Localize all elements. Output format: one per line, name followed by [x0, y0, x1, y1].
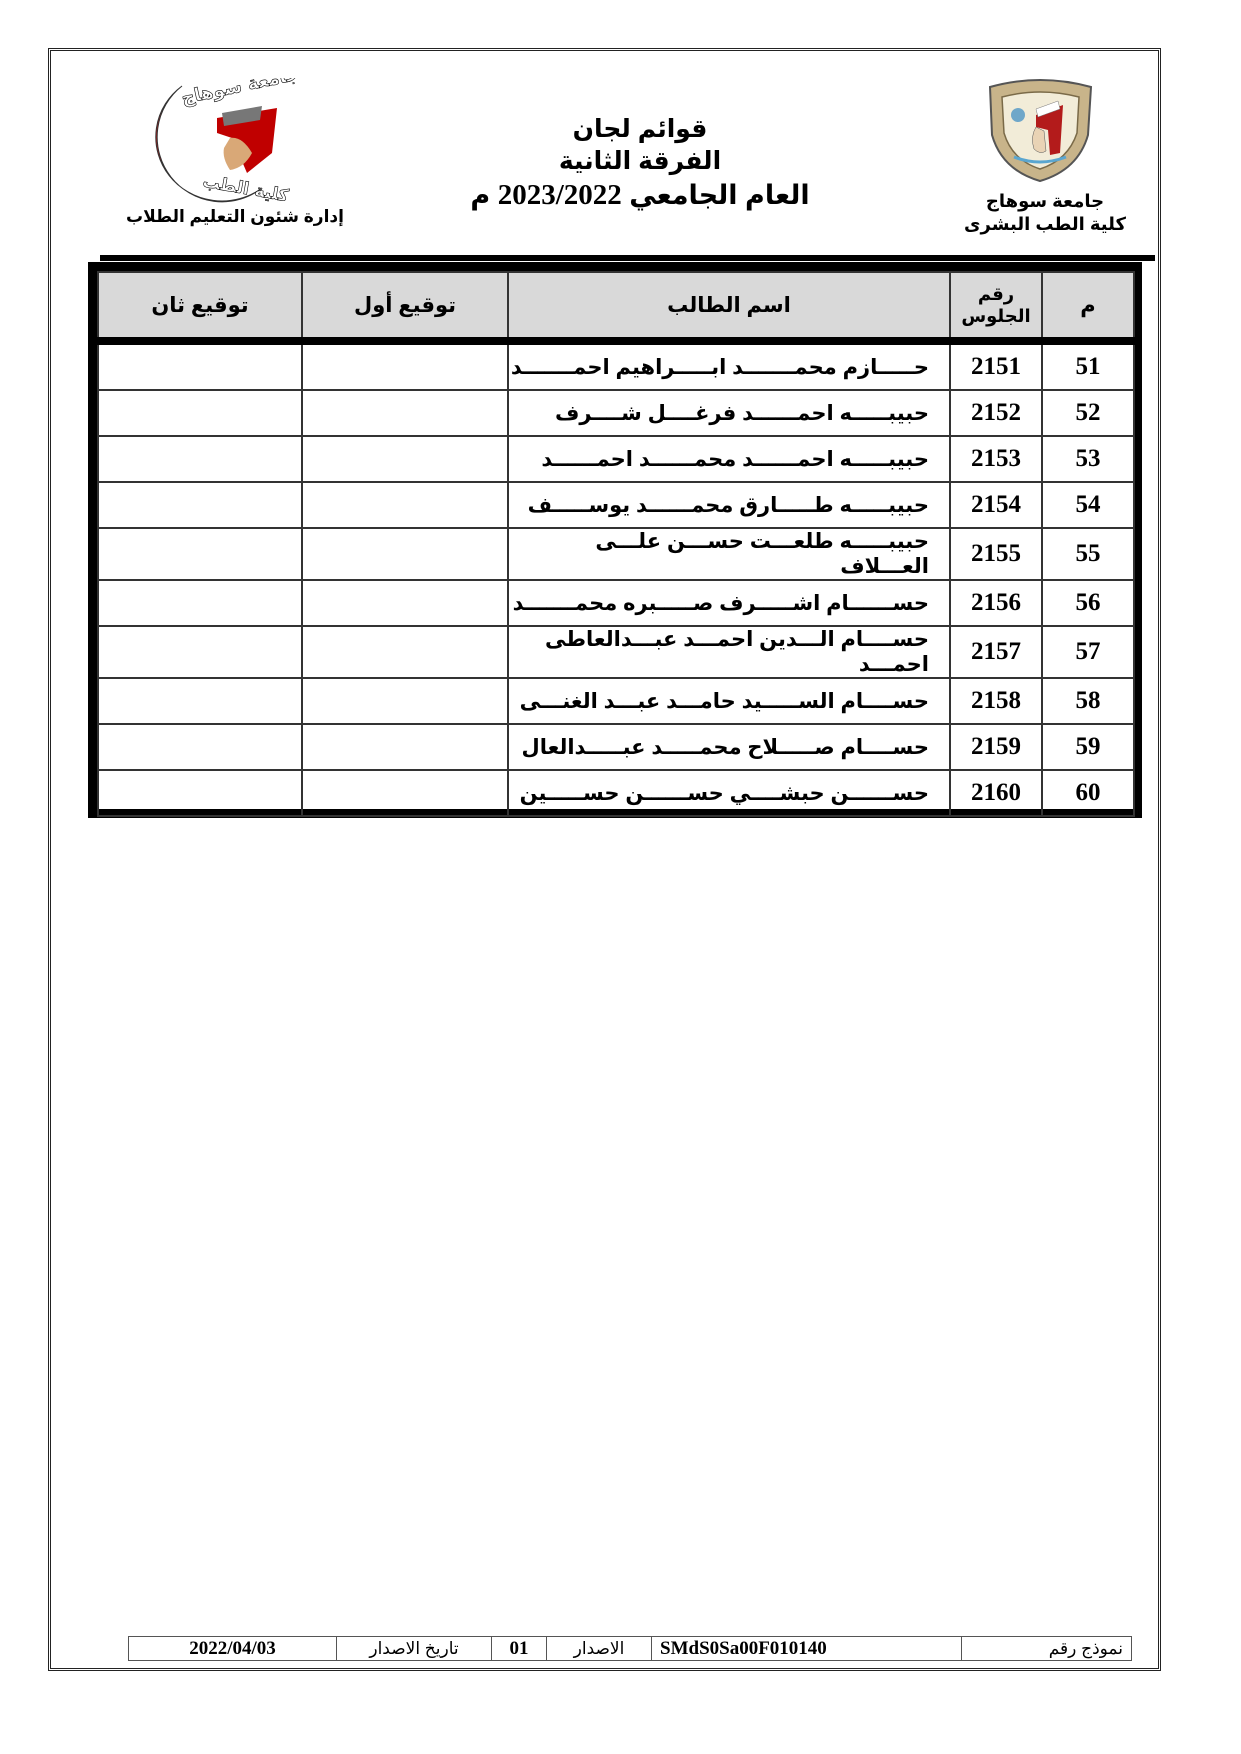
- row-index: 57: [1042, 626, 1134, 678]
- issue-date-value: 2022/04/03: [129, 1637, 337, 1661]
- table-row: 54 2154 حبيبـــــه طـــــارق محمــــــد …: [98, 482, 1134, 528]
- first-signature-cell[interactable]: [302, 580, 508, 626]
- students-table: م رقم الجلوس اسم الطالب توقيع أول توقيع …: [97, 271, 1135, 817]
- committee-list-table: م رقم الجلوس اسم الطالب توقيع أول توقيع …: [88, 262, 1142, 818]
- table-row: 59 2159 حســــام صـــــلاح محمـــــد عبـ…: [98, 724, 1134, 770]
- column-header-index: م: [1042, 272, 1134, 341]
- student-name: حبيبـــــه احمــــــد محمــــــد احمــــ…: [508, 436, 950, 482]
- row-index: 60: [1042, 770, 1134, 816]
- department-label: إدارة شئون التعليم الطلاب: [110, 207, 360, 227]
- second-signature-cell[interactable]: [98, 341, 302, 390]
- title-committee-lists: قوائم لجان: [440, 113, 840, 145]
- university-name: جامعة سوهاج: [945, 190, 1145, 213]
- seat-number: 2153: [950, 436, 1042, 482]
- column-header-first-signature: توقيع أول: [302, 272, 508, 341]
- second-signature-cell[interactable]: [98, 626, 302, 678]
- title-year-level: الفرقة الثانية: [440, 145, 840, 177]
- first-signature-cell[interactable]: [302, 341, 508, 390]
- second-signature-cell[interactable]: [98, 436, 302, 482]
- first-signature-cell[interactable]: [302, 482, 508, 528]
- row-index: 59: [1042, 724, 1134, 770]
- table-row: 51 2151 حـــــازم محمـــــــد ابـــــراه…: [98, 341, 1134, 390]
- version-value: 01: [492, 1637, 547, 1661]
- seat-number: 2159: [950, 724, 1042, 770]
- second-signature-cell[interactable]: [98, 580, 302, 626]
- first-signature-cell[interactable]: [302, 390, 508, 436]
- table-row: 55 2155 حبيبـــــه طلعـــت حســـن علـــى…: [98, 528, 1134, 580]
- footer-row: نموذج رقم SMdS0Sa00F010140 الاصدار 01 تا…: [129, 1637, 1132, 1661]
- seat-header-line2: الجلوس: [951, 305, 1041, 327]
- row-index: 53: [1042, 436, 1134, 482]
- student-name: حبيبـــــه طـــــارق محمــــــد يوســـــ…: [508, 482, 950, 528]
- second-signature-cell[interactable]: [98, 678, 302, 724]
- first-signature-cell[interactable]: [302, 678, 508, 724]
- svg-text:كلية الطب: كلية الطب: [201, 172, 290, 203]
- svg-text:جامعة سوهاج: جامعة سوهاج: [180, 78, 301, 109]
- first-signature-cell[interactable]: [302, 724, 508, 770]
- seat-number: 2152: [950, 390, 1042, 436]
- second-signature-cell[interactable]: [98, 770, 302, 816]
- seat-number: 2160: [950, 770, 1042, 816]
- student-name: حبيبـــــه احمــــــد فرغــــل شــــرف: [508, 390, 950, 436]
- header-divider: [100, 255, 1155, 261]
- row-index: 56: [1042, 580, 1134, 626]
- first-signature-cell[interactable]: [302, 770, 508, 816]
- first-signature-cell[interactable]: [302, 528, 508, 580]
- table-row: 58 2158 حســــام الســـــيد حامـــد عبــ…: [98, 678, 1134, 724]
- seat-number: 2154: [950, 482, 1042, 528]
- student-name: حســــــام اشـــــرف صـــــبره محمــــــ…: [508, 580, 950, 626]
- title-academic-year: العام الجامعي 2023/2022 م: [440, 177, 840, 213]
- university-label: جامعة سوهاج كلية الطب البشرى: [945, 190, 1145, 236]
- first-signature-cell[interactable]: [302, 626, 508, 678]
- academic-year-value: 2023/2022: [498, 179, 622, 211]
- seat-number: 2155: [950, 528, 1042, 580]
- second-signature-cell[interactable]: [98, 528, 302, 580]
- form-number-label: نموذج رقم: [962, 1637, 1132, 1661]
- row-index: 54: [1042, 482, 1134, 528]
- form-info-footer: نموذج رقم SMdS0Sa00F010140 الاصدار 01 تا…: [128, 1636, 1132, 1661]
- table-row: 52 2152 حبيبـــــه احمــــــد فرغــــل ش…: [98, 390, 1134, 436]
- student-name: حســــــن حبشــــي حســــــن حســـــين: [508, 770, 950, 816]
- column-header-second-signature: توقيع ثان: [98, 272, 302, 341]
- row-index: 55: [1042, 528, 1134, 580]
- academic-year-suffix: م: [470, 180, 490, 210]
- table-row: 53 2153 حبيبـــــه احمــــــد محمــــــد…: [98, 436, 1134, 482]
- row-index: 51: [1042, 341, 1134, 390]
- second-signature-cell[interactable]: [98, 390, 302, 436]
- student-name: حـــــازم محمـــــــد ابـــــراهيم احمــ…: [508, 341, 950, 390]
- student-name: حبيبـــــه طلعـــت حســـن علـــى العـــل…: [508, 528, 950, 580]
- row-index: 52: [1042, 390, 1134, 436]
- document-title: قوائم لجان الفرقة الثانية العام الجامعي …: [440, 113, 840, 213]
- seat-number: 2151: [950, 341, 1042, 390]
- student-name: حســــام الســـــيد حامـــد عبـــد الغنـ…: [508, 678, 950, 724]
- row-index: 58: [1042, 678, 1134, 724]
- seat-header-line1: رقم: [951, 283, 1041, 305]
- faculty-name: كلية الطب البشرى: [945, 213, 1145, 236]
- column-header-student-name: اسم الطالب: [508, 272, 950, 341]
- university-crest-icon: [978, 75, 1103, 185]
- table-row: 60 2160 حســــــن حبشــــي حســــــن حسـ…: [98, 770, 1134, 816]
- form-number-value: SMdS0Sa00F010140: [652, 1637, 962, 1661]
- second-signature-cell[interactable]: [98, 482, 302, 528]
- student-name: حســــام الـــدين احمـــد عبـــدالعاطى ا…: [508, 626, 950, 678]
- seat-number: 2158: [950, 678, 1042, 724]
- seat-number: 2156: [950, 580, 1042, 626]
- issue-date-label: تاريخ الاصدار: [337, 1637, 492, 1661]
- table-row: 57 2157 حســــام الـــدين احمـــد عبـــد…: [98, 626, 1134, 678]
- second-signature-cell[interactable]: [98, 724, 302, 770]
- first-signature-cell[interactable]: [302, 436, 508, 482]
- table-row: 56 2156 حســــــام اشـــــرف صـــــبره م…: [98, 580, 1134, 626]
- seat-number: 2157: [950, 626, 1042, 678]
- academic-year-prefix: العام الجامعي: [629, 180, 809, 210]
- university-crest: [978, 75, 1103, 185]
- student-name: حســــام صـــــلاح محمـــــد عبـــــدالع…: [508, 724, 950, 770]
- column-header-seat-number: رقم الجلوس: [950, 272, 1042, 341]
- table-header-row: م رقم الجلوس اسم الطالب توقيع أول توقيع …: [98, 272, 1134, 341]
- faculty-logo: جامعة سوهاج كلية الطب: [112, 78, 312, 203]
- version-label: الاصدار: [547, 1637, 652, 1661]
- crescent-head-logo-icon: جامعة سوهاج كلية الطب: [112, 78, 312, 203]
